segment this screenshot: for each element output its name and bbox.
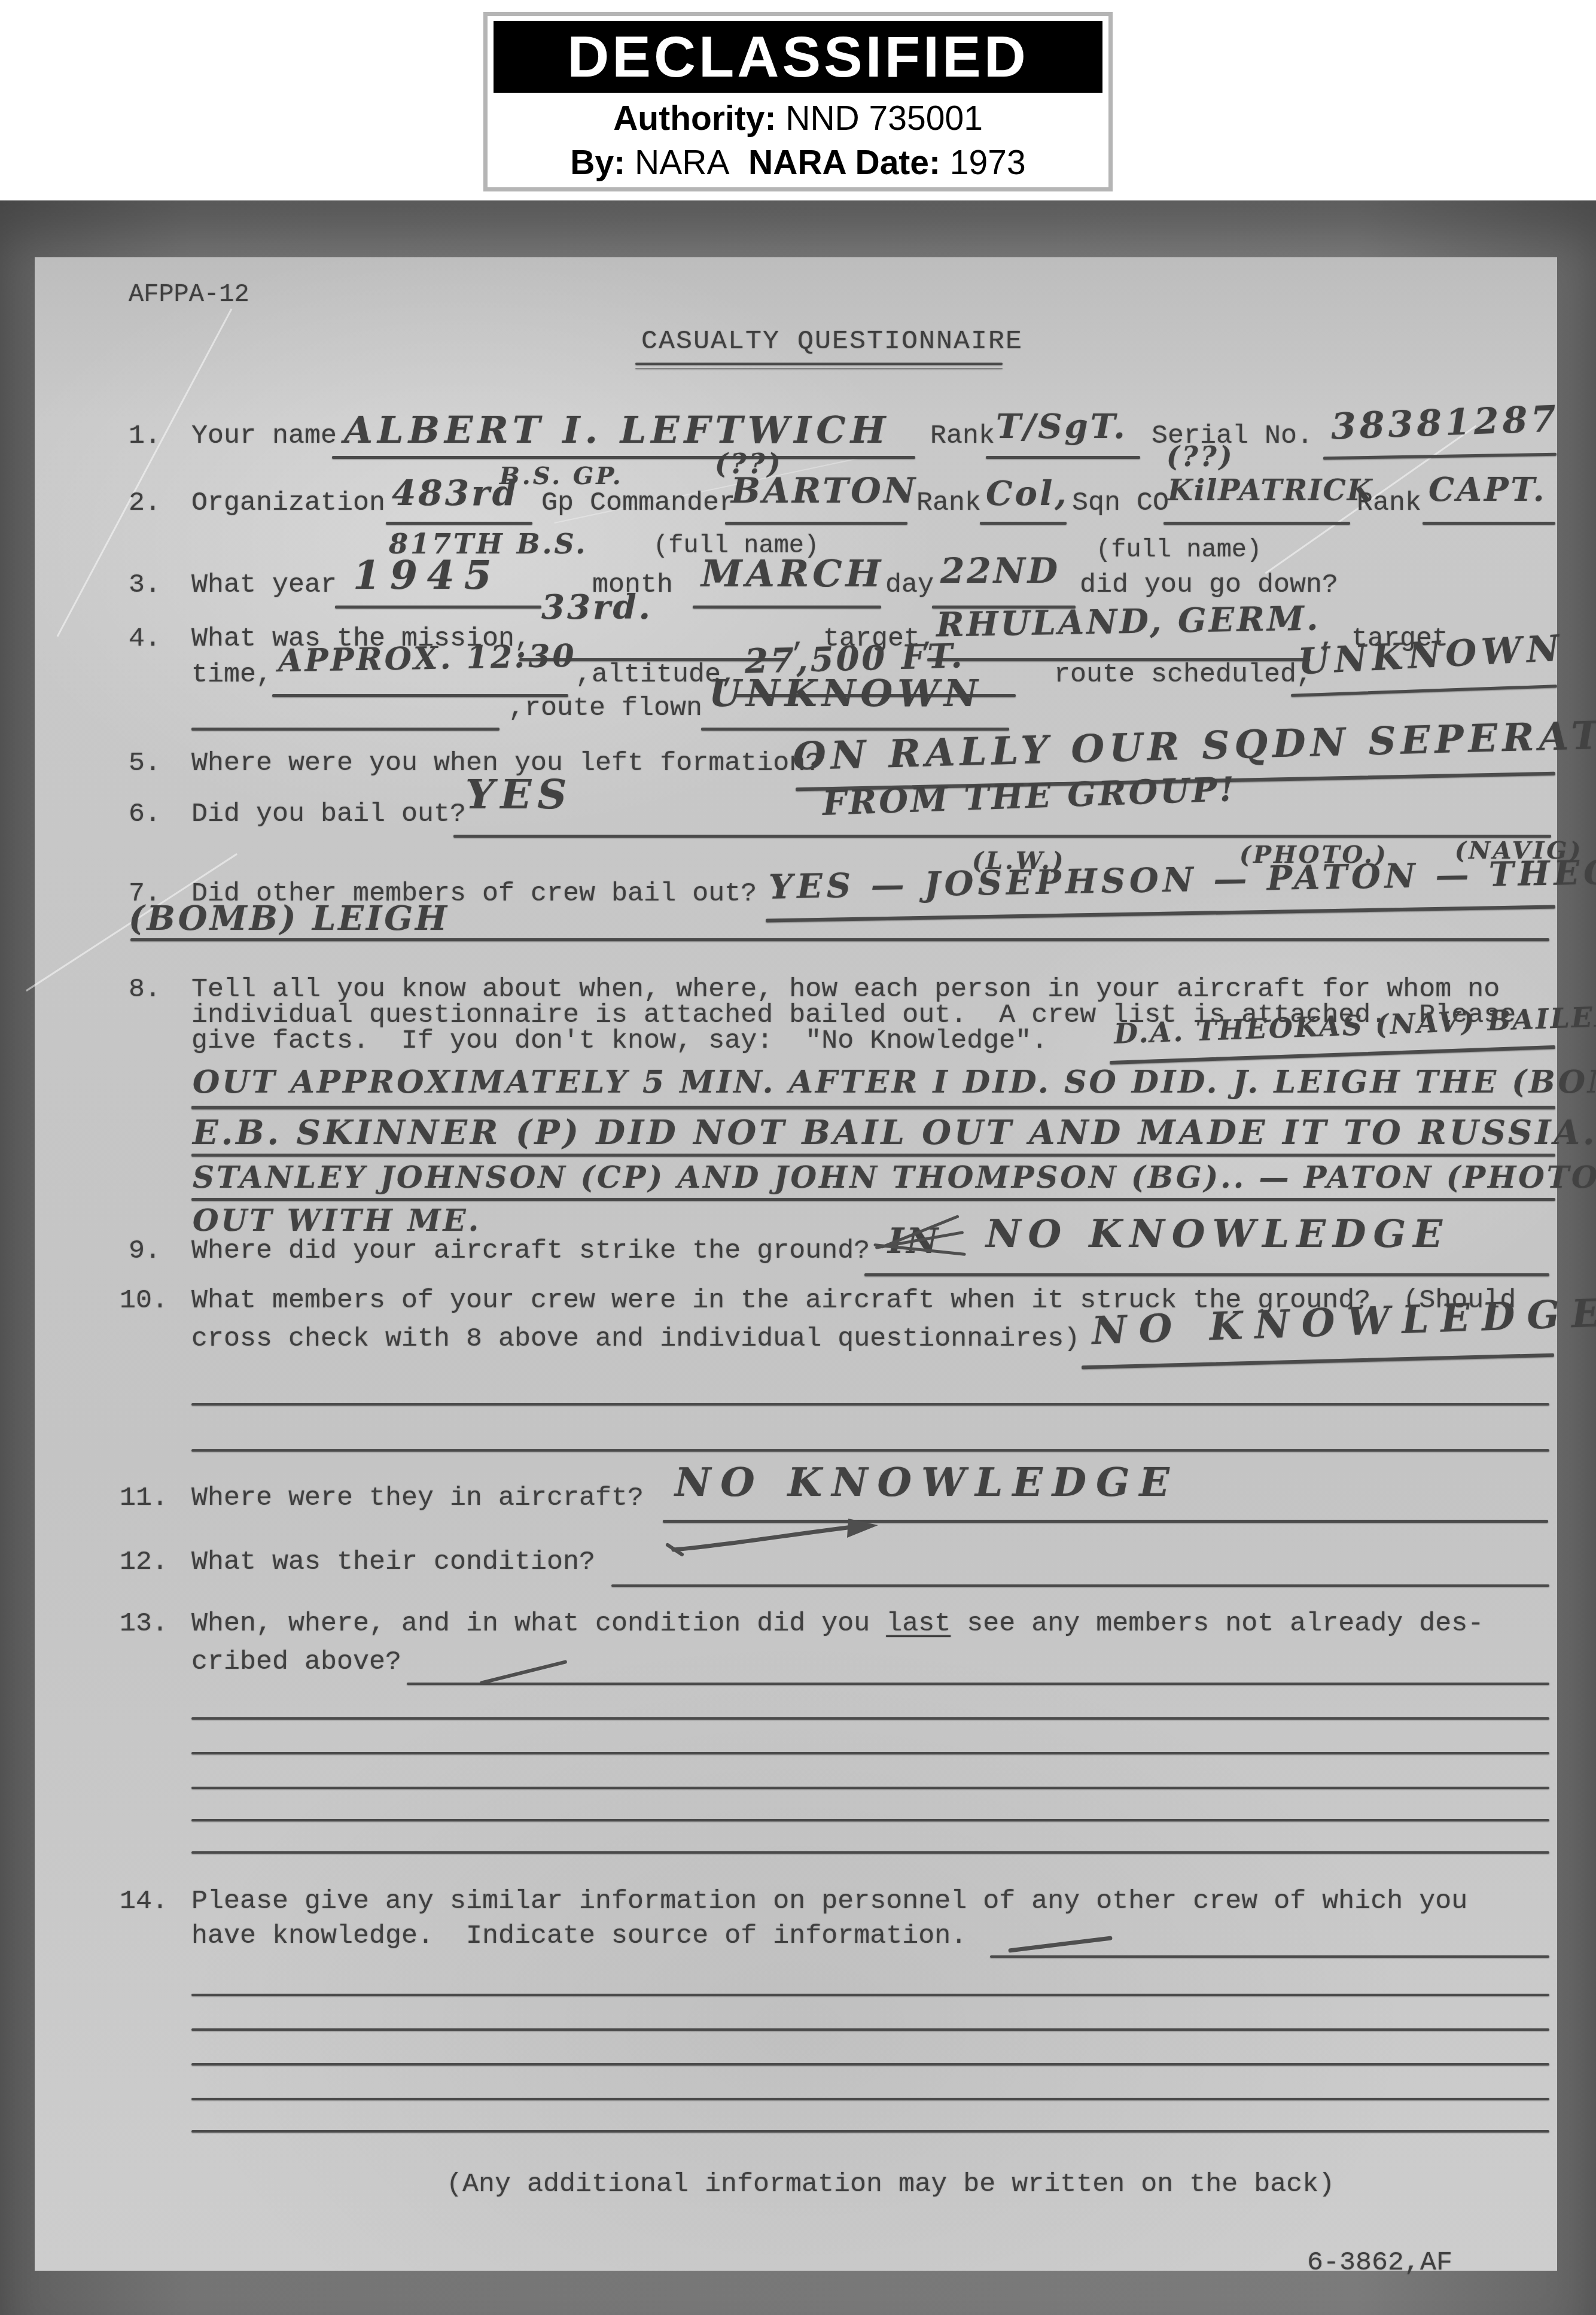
q3-year-answer: 1945: [353, 552, 501, 598]
q12-number: 12.: [120, 1547, 168, 1577]
blank-line: [191, 1403, 1549, 1406]
q4-route-flown-answer: UNKNOWN: [709, 671, 983, 715]
q11-label: Where were they in aircraft?: [191, 1483, 644, 1513]
q5-answer-line1: ON RALLY OUR SQDN SEPERATED: [792, 711, 1596, 780]
blank-line: [191, 2098, 1549, 2100]
q2-full-name-note: (full name): [1096, 536, 1262, 564]
q14-number: 14.: [120, 1886, 168, 1917]
declassified-banner: DECLASSIFIED: [494, 21, 1102, 93]
pen-dash-icon: [1008, 1936, 1113, 1952]
q10-text-line2: cross check with 8 above and individual …: [191, 1324, 1080, 1354]
answer-line: [335, 606, 541, 609]
q14-text-line1: Please give any similar information on p…: [191, 1886, 1467, 1917]
footer-note: (Any additional information may be writt…: [446, 2169, 1335, 2200]
q13-text-last-underlined: last: [886, 1608, 951, 1639]
q7-answer: YES — JOSEPHSON — PATON — THEOKAS: [769, 851, 1596, 906]
q4-route-flown-label: ,route flown: [508, 693, 702, 723]
form-number: AFPPA-12: [129, 280, 249, 309]
q3-day-label: day: [885, 570, 934, 600]
q8-answer-line2: OUT APPROXIMATELY 5 MIN. AFTER I DID. SO…: [193, 1064, 1596, 1100]
spacer: [625, 143, 635, 182]
q2-org-answer: 483rd: [392, 473, 519, 513]
answer-line: [725, 522, 907, 525]
q11-answer: NO KNOWLEDGE: [675, 1459, 1179, 1505]
answer-line: [191, 1106, 1555, 1109]
stamp-by-row: By: NARA NARA Date: 1973: [488, 143, 1108, 182]
unsure-annotation: (??): [1166, 440, 1234, 473]
answer-line: [980, 522, 1067, 525]
q4-time-label: time,: [191, 659, 272, 690]
answer-line: [611, 1584, 1549, 1587]
declassified-stamp: DECLASSIFIED Authority: NND 735001 By: N…: [483, 12, 1113, 191]
answer-line: [986, 456, 1140, 459]
q3-tail-label: did you go down?: [1080, 570, 1338, 600]
q1-rank-label: Rank: [930, 421, 995, 451]
q1-name-answer: ALBERT I. LEFTWICH: [344, 408, 890, 452]
q2-commander-rank-answer: Col,: [986, 474, 1069, 513]
q8-number: 8.: [129, 974, 161, 1005]
q13-text-c: see any members not already des-: [951, 1608, 1484, 1639]
by-label: By:: [570, 143, 625, 182]
q12-label: What was their condition?: [191, 1547, 595, 1577]
stamp-authority-row: Authority: NND 735001: [488, 99, 1108, 138]
q3-year-label: What year: [191, 570, 337, 600]
title-underline: [635, 368, 1003, 369]
answer-line: [1164, 522, 1350, 525]
blank-line: [191, 2130, 1549, 2133]
q13-text-line2: cribed above?: [191, 1647, 401, 1677]
form-content: AFPPA-12 CASUALTY QUESTIONNAIRE 1. Your …: [0, 0, 1596, 2315]
blank-line: [191, 1787, 1549, 1789]
declassified-title: DECLASSIFIED: [567, 23, 1028, 90]
answer-line: [332, 456, 915, 459]
q8-answer-line5: OUT WITH ME.: [193, 1203, 481, 1238]
long-right-arrow-icon: [665, 1515, 881, 1558]
answer-line: [990, 1955, 1549, 1958]
blank-line: [191, 2063, 1549, 2065]
answer-line: [191, 1198, 1555, 1201]
q6-label: Did you bail out?: [191, 799, 466, 829]
q3-number: 3.: [129, 570, 161, 600]
q3-month-answer: MARCH: [701, 552, 884, 595]
q13-text-line1: When, where, and in what condition did y…: [191, 1608, 1484, 1639]
q11-number: 11.: [120, 1483, 168, 1513]
answer-line: [1291, 685, 1557, 697]
nara-date-value: 1973: [950, 143, 1026, 182]
spacer: [940, 143, 950, 182]
q1-number: 1.: [129, 421, 161, 451]
answer-line: [1082, 1353, 1554, 1370]
q4-route-scheduled-label: route scheduled,: [1054, 659, 1312, 690]
q2-number: 2.: [129, 488, 161, 518]
authority-label: Authority:: [613, 99, 776, 138]
authority-value: NND 735001: [785, 99, 983, 138]
q14-text-line2: have knowledge. Indicate source of infor…: [191, 1921, 967, 1951]
q2-label: Organization: [191, 488, 385, 518]
q9-answer: NO KNOWLEDGE: [986, 1212, 1449, 1257]
blank-line: [191, 1851, 1549, 1854]
answer-line: [386, 522, 532, 525]
answer-line: [1423, 522, 1555, 525]
spacer: [776, 99, 785, 138]
answer-line: [407, 1683, 1549, 1685]
by-value: NARA: [635, 143, 729, 182]
q8-answer-line4: STANLEY JOHNSON (CP) AND JOHN THOMPSON (…: [193, 1160, 1596, 1195]
answer-line: [191, 1154, 1555, 1157]
answer-line: [766, 905, 1555, 922]
blank-line: [191, 2028, 1549, 2031]
blank-line: [191, 1449, 1549, 1452]
q4-mission-answer: 33rd.: [541, 588, 653, 627]
answer-line: [693, 606, 881, 609]
q2-sqn-co-answer: KilPATRICK: [1168, 474, 1373, 507]
q8-answer-line3: E.B. SKINNER (P) DID NOT BAIL OUT AND MA…: [193, 1113, 1596, 1152]
nara-date-label: NARA Date:: [748, 143, 940, 182]
q6-answer: YES: [465, 771, 572, 819]
q7-answer-line2: (BOMB) LEIGH: [129, 899, 449, 938]
blank-line: [191, 1819, 1549, 1821]
q4-number: 4.: [129, 623, 161, 654]
blank-line: [191, 1717, 1549, 1720]
q1-serial-answer: 38381287: [1330, 398, 1560, 448]
q6-number: 6.: [129, 799, 161, 829]
q5-answer-line2: FROM THE GROUP!: [822, 769, 1237, 823]
q4-target-answer: RHULAND, GERM.: [936, 598, 1320, 644]
q9-number: 9.: [129, 1236, 161, 1266]
q5-number: 5.: [129, 748, 161, 778]
q9-label: Where did your aircraft strike the groun…: [191, 1236, 870, 1266]
q1-rank-answer: T/SgT.: [996, 407, 1128, 446]
q2-commander-answer: BARTON: [731, 470, 918, 511]
q2-rank-label2: Rank: [1357, 488, 1421, 518]
answer-line: [1110, 1045, 1555, 1064]
q10-number: 10.: [120, 1285, 168, 1316]
pen-slash-icon: [480, 1660, 568, 1685]
answer-line: [453, 835, 1551, 838]
form-title: CASUALTY QUESTIONNAIRE: [641, 326, 1023, 357]
answer-line: [1323, 453, 1557, 460]
answer-line: [864, 1273, 1549, 1276]
q2-gp-commander-label: Gp Commander: [541, 488, 735, 518]
q1-label: Your name: [191, 421, 337, 451]
doc-number: 6-3862,AF: [1307, 2247, 1452, 2278]
q2-rank-label: Rank: [916, 488, 981, 518]
answer-line: [130, 938, 1549, 941]
answer-line: [191, 728, 499, 731]
q8-text-line3: give facts. If you don't know, say: "No …: [191, 1026, 1047, 1056]
q13-number: 13.: [120, 1608, 168, 1639]
title-underline: [635, 363, 1003, 365]
q3-day-answer: 22ND: [940, 550, 1060, 591]
q2-sqn-rank-answer: CAPT.: [1429, 470, 1547, 509]
q2-sqn-co-label: Sqn CO: [1072, 488, 1169, 518]
spacer: [729, 143, 748, 182]
q4-time-answer: APPROX. 12:30: [278, 638, 577, 680]
blank-line: [191, 1752, 1549, 1754]
q13-text-a: When, where, and in what condition did y…: [191, 1608, 886, 1639]
blank-line: [191, 1994, 1549, 1996]
